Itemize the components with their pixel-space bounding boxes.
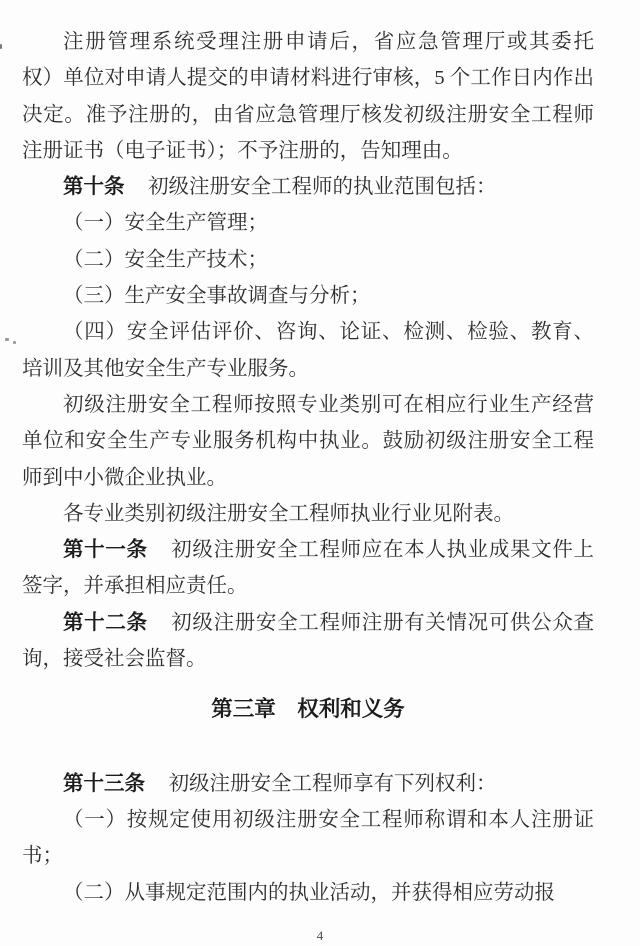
line-text: 师到中小微企业执业。 [22,467,227,489]
text-line: （二）从事规定范围内的执业活动，并获得相应劳动报酬； [22,875,594,911]
line-text: 书； [22,845,63,867]
text-line: 师到中小微企业执业。 [22,460,594,496]
line-text: 权）单位对申请人提交的申请材料进行审核，5 个工作日内作出 [22,67,594,89]
line-text: （一）安全生产管理； [63,212,268,234]
text-line: 权）单位对申请人提交的申请材料进行审核，5 个工作日内作出 [22,60,594,96]
line-text: 初级注册安全工程师应在本人执业成果文件上 [171,539,594,561]
line-text: 单位和安全生产专业服务机构中执业。鼓励初级注册安全工程 [22,430,594,452]
line-text: 初级注册安全工程师按照专业类别可在相应行业生产经营 [63,394,594,416]
line-text: （二）安全生产技术； [63,249,268,271]
scan-speck [5,338,9,341]
text-line: 各专业类别初级注册安全工程师执业行业见附表。 [22,496,594,532]
text-line: （四）安全评估评价、咨询、论证、检测、检验、教育、 [22,314,594,350]
line-text: 注册管理系统受理注册申请后，省应急管理厅或其委托（授 [22,31,594,60]
article-number: 第十二条 [63,611,148,634]
chapter-title: 权利和义务 [297,697,405,721]
line-text: （三）生产安全事故调查与分析； [63,285,371,307]
line-text: 初级注册安全工程师注册有关情况可供公众查 [171,612,594,634]
text-line: 第十条初级注册安全工程师的执业范围包括： [22,169,594,205]
chapter-heading: 第三章权利和义务 [22,691,594,727]
line-text: 注册证书（电子证书）；不予注册的，告知理由。 [22,140,463,162]
text-line: 单位和安全生产专业服务机构中执业。鼓励初级注册安全工程 [22,423,594,459]
article-number: 第十条 [63,175,125,198]
line-text: 各专业类别初级注册安全工程师执业行业见附表。 [63,503,514,525]
text-line: 决定。准予注册的，由省应急管理厅核发初级注册安全工程师 [22,97,594,133]
text-line: （三）生产安全事故调查与分析； [22,278,594,314]
text-line: 初级注册安全工程师按照专业类别可在相应行业生产经营 [22,387,594,423]
text-line: （一）安全生产管理； [22,205,594,241]
scan-speck [0,44,2,49]
text-line: 第十二条初级注册安全工程师注册有关情况可供公众查 [22,605,594,641]
line-text: （四）安全评估评价、咨询、论证、检测、检验、教育、 [63,321,594,343]
line-text: 初级注册安全工程师的执业范围包括： [148,176,497,198]
line-text: （一）按规定使用初级注册安全工程师称谓和本人注册证 [63,809,594,831]
chapter-label: 第三章 [211,697,276,721]
text-line: 书； [22,838,594,874]
text-line: 培训及其他安全生产专业服务。 [22,351,594,387]
text-line: 注册管理系统受理注册申请后，省应急管理厅或其委托（授 [22,24,594,60]
text-line: 第十一条初级注册安全工程师应在本人执业成果文件上 [22,532,594,568]
line-text: 询，接受社会监督。 [22,648,207,670]
line-text: 初级注册安全工程师享有下列权利： [169,773,497,795]
document-body: 注册管理系统受理注册申请后，省应急管理厅或其委托（授 权）单位对申请人提交的申请… [22,24,594,911]
text-line: （二）安全生产技术； [22,242,594,278]
line-text: （二）从事规定范围内的执业活动，并获得相应劳动报酬； [22,882,555,911]
scan-speck [13,341,16,344]
page-number: 4 [0,928,640,944]
text-line: 询，接受社会监督。 [22,641,594,677]
article-number: 第十一条 [63,538,148,561]
line-text: 签字，并承担相应责任。 [22,575,248,597]
text-line: 注册证书（电子证书）；不予注册的，告知理由。 [22,133,594,169]
line-text: 培训及其他安全生产专业服务。 [22,358,309,380]
text-line: 第十三条初级注册安全工程师享有下列权利： [22,766,594,802]
document-page: 注册管理系统受理注册申请后，省应急管理厅或其委托（授 权）单位对申请人提交的申请… [0,0,640,946]
text-line: （一）按规定使用初级注册安全工程师称谓和本人注册证 [22,802,594,838]
line-text: 决定。准予注册的，由省应急管理厅核发初级注册安全工程师 [22,104,594,126]
text-line: 签字，并承担相应责任。 [22,568,594,604]
article-number: 第十三条 [63,772,145,795]
